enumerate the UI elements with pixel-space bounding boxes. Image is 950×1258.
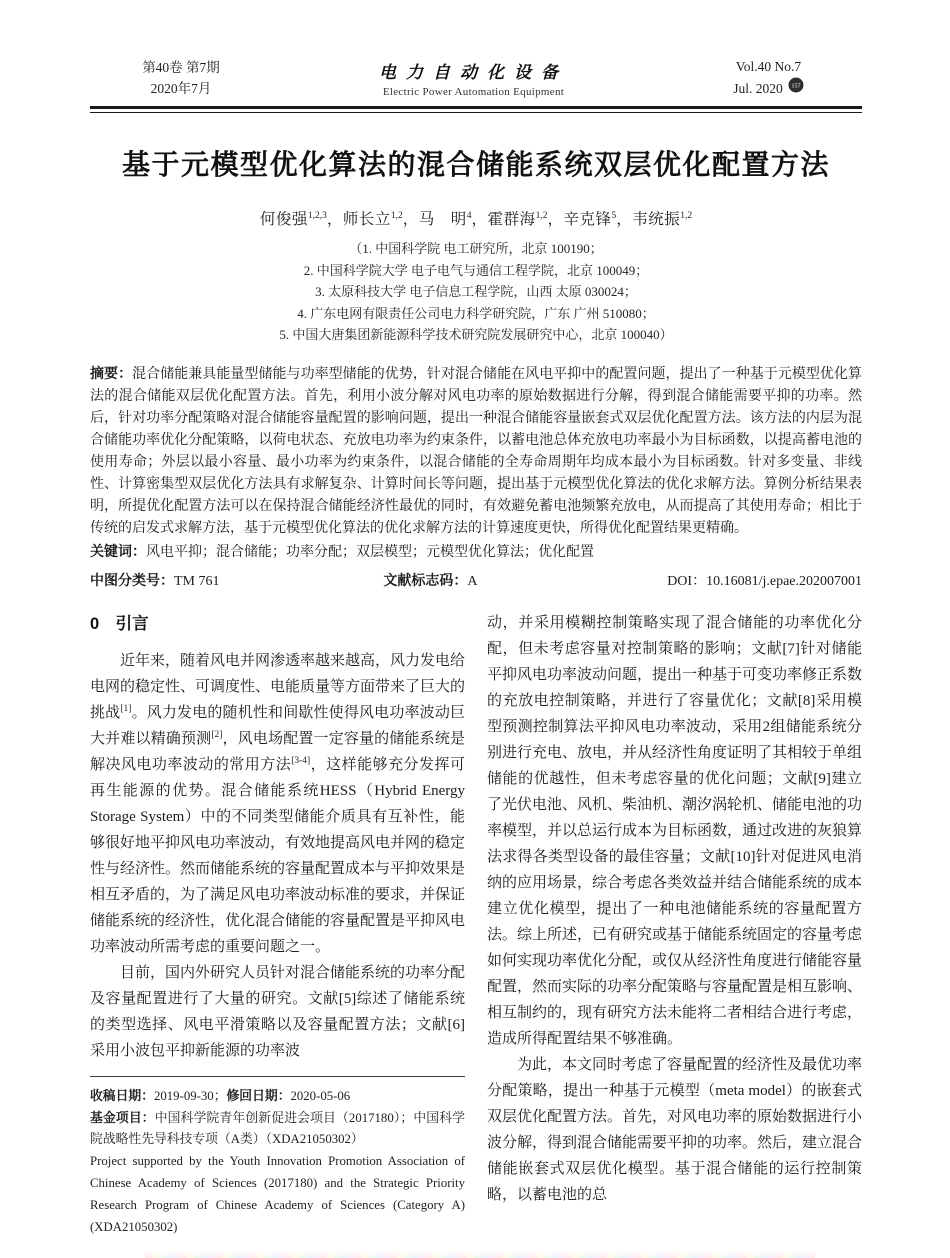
affiliation-line: 2. 中国科学院大学 电子电气与通信工程学院，北京 100049； — [90, 260, 862, 282]
keywords-text: 风电平抑；混合储能；功率分配；双层模型；元模型优化算法；优化配置 — [146, 545, 594, 560]
footnote-fund-en: Project supported by the Youth Innovatio… — [90, 1150, 465, 1238]
date-cn: 2020年7月 — [96, 78, 266, 99]
classification-row: 中图分类号：TM 761 文献标志码：A DOI：10.16081/j.epae… — [90, 570, 862, 590]
fund-label: 基金项目： — [90, 1110, 155, 1125]
volume-issue-en: Vol.40 No.7 — [681, 56, 856, 77]
intro-paragraph-3: 为此，本文同时考虑了容量配置的经济性及最优功率分配策略，提出一种基于元模型（me… — [487, 1052, 862, 1208]
revised-date: 2020-05-06 — [290, 1089, 350, 1103]
intro-paragraph-1: 近年来，随着风电并网渗透率越来越高，风力发电给电网的稳定性、可调度性、电能质量等… — [90, 648, 465, 960]
journal-name-en: Electric Power Automation Equipment — [266, 86, 681, 98]
affiliation-line: 5. 中国大唐集团新能源科学技术研究院发展研究中心，北京 100040） — [90, 324, 862, 346]
keywords-label: 关键词： — [90, 543, 146, 559]
document-code-value: A — [467, 574, 477, 589]
authors-line: 何俊强1,2,3，师长立1,2，马 明4，霍群海1,2，辛克锋5，韦统振1,2 — [90, 207, 862, 229]
footnote-dates: 收稿日期：2019-09-30；修回日期：2020-05-06 — [90, 1085, 465, 1107]
received-date-label: 收稿日期： — [90, 1088, 154, 1103]
author-separator: ， — [327, 211, 343, 228]
author-name: 师长立 — [343, 211, 391, 228]
author-name: 何俊强 — [260, 211, 308, 228]
clc-label: 中图分类号： — [90, 572, 174, 588]
author-name: 马 明 — [419, 211, 467, 228]
affiliation-line: 3. 太原科技大学 电子信息工程学院，山西 太原 030024； — [90, 281, 862, 303]
affiliation-line: 4. 广东电网有限责任公司电力科学研究院，广东 广州 510080； — [90, 303, 862, 325]
author-separator: ， — [472, 211, 488, 228]
citation-ref: [1] — [120, 704, 131, 714]
journal-stamp-icon: 157 — [788, 77, 804, 99]
author-separator: ， — [616, 211, 632, 228]
footnote-fund: 基金项目：中国科学院青年创新促进会项目（2017180）；中国科学院战略性先导科… — [90, 1107, 465, 1150]
citation-ref: [3-4] — [291, 756, 310, 766]
abstract-text: 混合储能兼具能量型储能与功率型储能的优势，针对混合储能在风电平抑中的配置问题，提… — [90, 367, 862, 536]
intro-paragraph-2: 目前，国内外研究人员针对混合储能系统的功率分配及容量配置进行了大量的研究。文献[… — [90, 960, 465, 1064]
header-divider — [90, 106, 862, 113]
date-en: Jul. 2020 — [733, 78, 783, 99]
author-affiliation-sup: 1,2 — [680, 211, 692, 221]
document-code-label: 文献标志码： — [383, 572, 467, 588]
author-separator: ， — [547, 211, 563, 228]
author-affiliation-sup: 1,2 — [536, 211, 548, 221]
citation-ref: [2] — [211, 730, 222, 740]
issue-info-en: Vol.40 No.7 Jul. 2020 157 — [681, 56, 856, 99]
right-column: 动，并采用模糊控制策略实现了混合储能的功率优化分配，但未考虑容量对控制策略的影响… — [487, 610, 862, 1238]
author-affiliation-sup: 1,2,3 — [308, 211, 327, 221]
clc-value: TM 761 — [174, 574, 220, 589]
intro-paragraph-2-continued: 动，并采用模糊控制策略实现了混合储能的功率优化分配，但未考虑容量对控制策略的影响… — [487, 610, 862, 1052]
author-name: 韦统振 — [632, 211, 680, 228]
revised-date-label: 修回日期： — [227, 1088, 291, 1103]
footnote-block: 收稿日期：2019-09-30；修回日期：2020-05-06 基金项目：中国科… — [90, 1076, 465, 1238]
volume-issue-cn: 第40卷 第7期 — [96, 57, 266, 78]
body-columns: 0 引言 近年来，随着风电并网渗透率越来越高，风力发电给电网的稳定性、可调度性、… — [90, 610, 862, 1238]
author-separator: ， — [403, 211, 419, 228]
section-heading-introduction: 0 引言 — [90, 612, 465, 636]
paper-page: 第40卷 第7期 2020年7月 电力自动化设备 Electric Power … — [90, 56, 862, 1238]
document-code: 文献标志码：A — [383, 570, 615, 590]
issue-info: 第40卷 第7期 2020年7月 — [96, 57, 266, 99]
affiliations-block: （1. 中国科学院 电工研究所，北京 100190； 2. 中国科学院大学 电子… — [90, 238, 862, 346]
svg-text:157: 157 — [791, 84, 800, 90]
received-date: 2019-09-30； — [154, 1089, 227, 1103]
journal-header: 第40卷 第7期 2020年7月 电力自动化设备 Electric Power … — [90, 56, 862, 99]
left-column: 0 引言 近年来，随着风电并网渗透率越来越高，风力发电给电网的稳定性、可调度性、… — [90, 610, 465, 1238]
keywords-line: 关键词：风电平抑；混合储能；功率分配；双层模型；元模型优化算法；优化配置 — [90, 540, 862, 564]
cropped-watermark — [145, 1251, 815, 1258]
abstract-label: 摘要： — [90, 365, 132, 381]
abstract: 摘要：混合储能兼具能量型储能与功率型储能的优势，针对混合储能在风电平抑中的配置问… — [90, 362, 862, 540]
paragraph-text: ，这样能够充分发挥可再生能源的优势。混合储能系统HESS（Hybrid Ener… — [90, 757, 465, 955]
author-affiliation-sup: 1,2 — [391, 211, 403, 221]
author-name: 霍群海 — [488, 211, 536, 228]
doi: DOI：10.16081/j.epae.202007001 — [615, 570, 862, 590]
journal-name-cn: 电力自动化设备 — [266, 58, 681, 83]
journal-name-block: 电力自动化设备 Electric Power Automation Equipm… — [266, 58, 681, 98]
author-name: 辛克锋 — [563, 211, 611, 228]
affiliation-line: （1. 中国科学院 电工研究所，北京 100190； — [90, 238, 862, 260]
page-title: 基于元模型优化算法的混合储能系统双层优化配置方法 — [90, 143, 862, 183]
clc-number: 中图分类号：TM 761 — [90, 570, 383, 590]
